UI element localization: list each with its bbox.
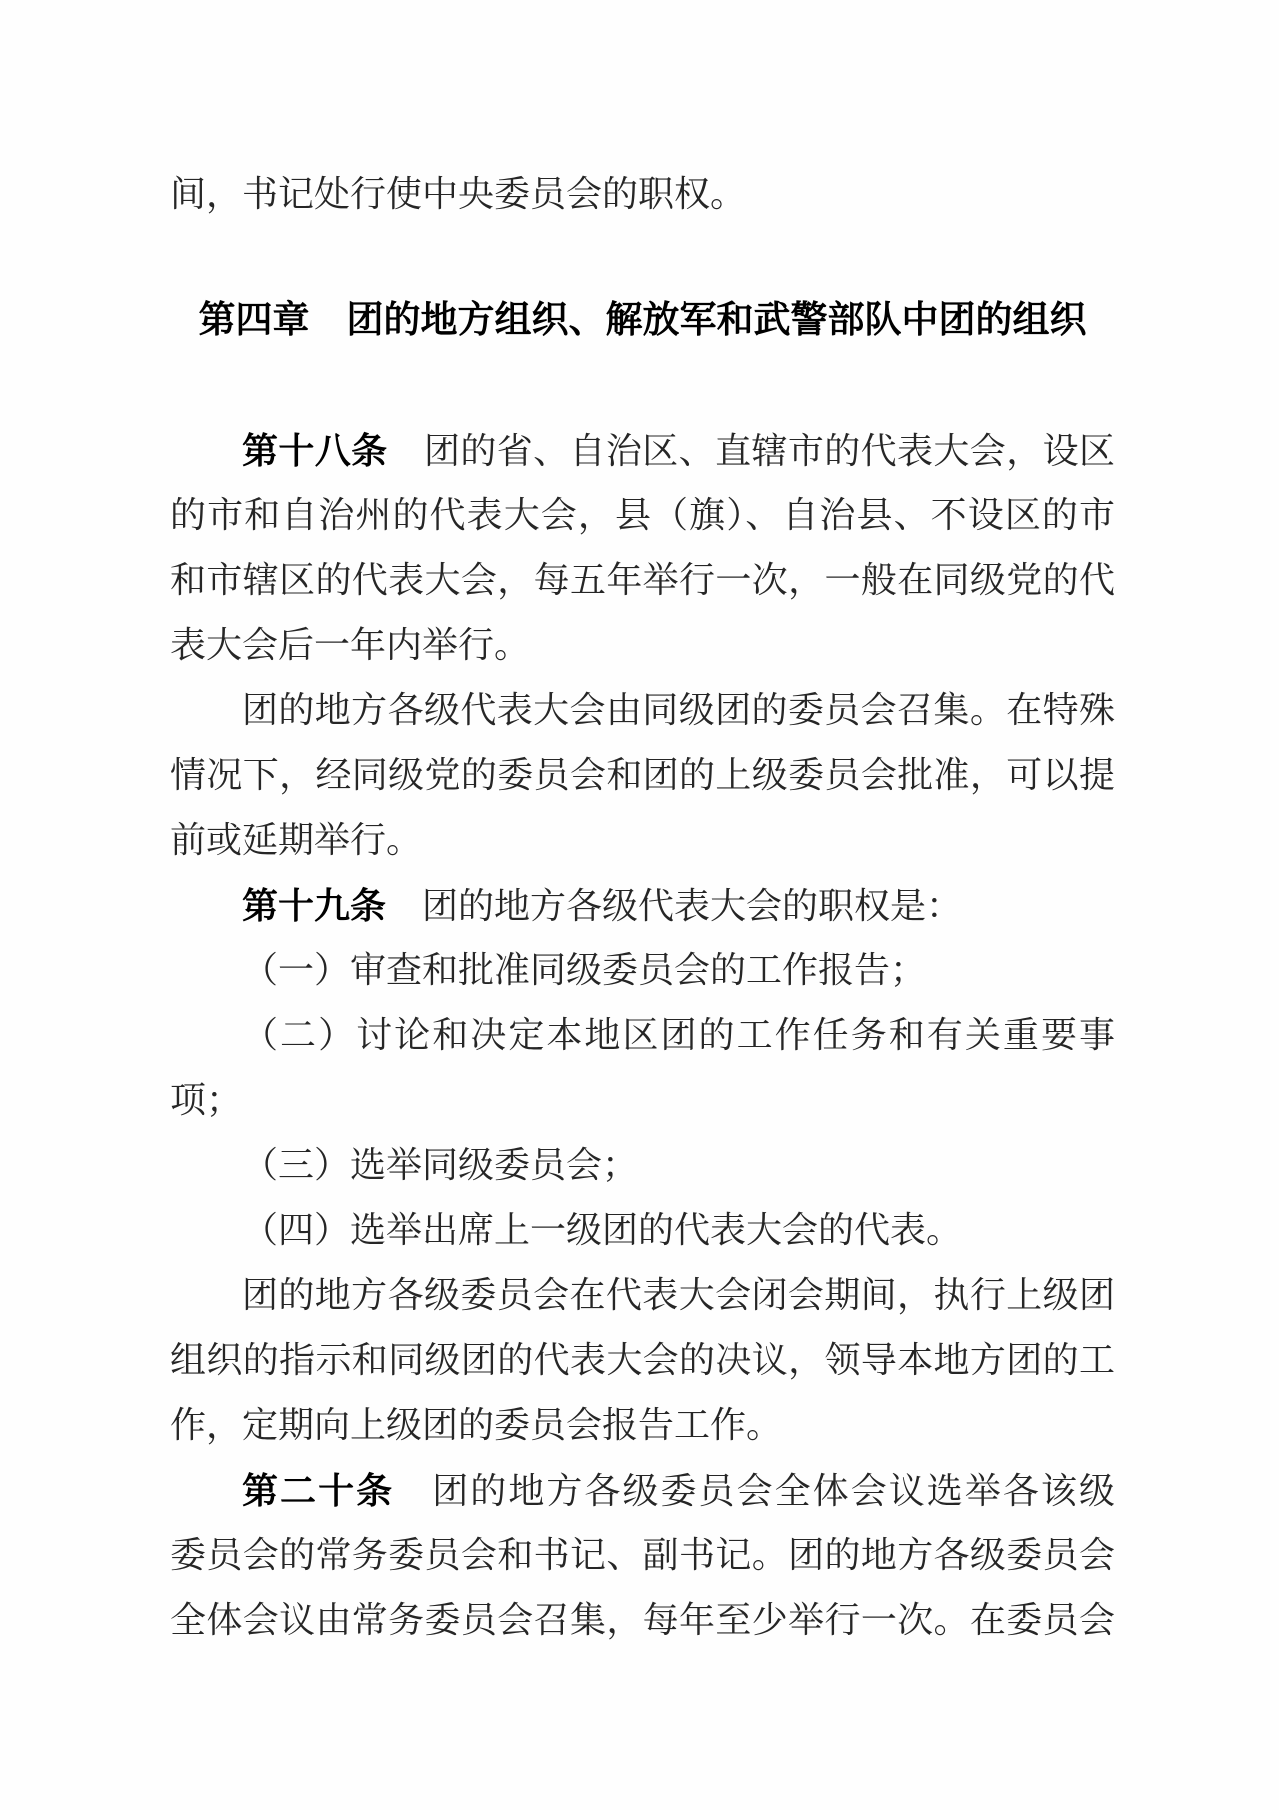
article-20-line-2-text: 委员会的常务委员会和书记、副书记。团的地方各级委员会: [170, 1535, 1115, 1575]
article-18-line-3: 和市辖区的代表大会，每五年举行一次，一般在同级党的代: [170, 548, 1115, 613]
article-19-para-2-line-1: 团的地方各级委员会在代表大会闭会期间，执行上级团: [170, 1263, 1115, 1328]
article-19-para-2-line-2: 组织的指示和同级团的代表大会的决议，领导本地方团的工: [170, 1328, 1115, 1393]
article-19-line-1-text: 团的地方各级代表大会的职权是：: [386, 886, 962, 926]
article-19-para-2-line-1-text: 团的地方各级委员会在代表大会闭会期间，执行上级团: [242, 1275, 1115, 1315]
article-19-item-2-line-2: 项；: [170, 1068, 1115, 1133]
article-18-para-2-line-3: 前或延期举行。: [170, 808, 1115, 873]
document-page: 间，书记处行使中央委员会的职权。 第四章 团的地方组织、解放军和武警部队中团的组…: [0, 0, 1279, 1810]
chapter-heading: 第四章 团的地方组织、解放军和武警部队中团的组织: [170, 287, 1115, 352]
article-19-item-2-line-2-text: 项；: [170, 1080, 242, 1120]
article-18-line-4-text: 表大会后一年内举行。: [170, 625, 530, 665]
continuation-line-text: 间，书记处行使中央委员会的职权。: [170, 174, 746, 214]
article-19-number: 第十九条: [242, 885, 386, 926]
article-18-number: 第十八条: [242, 430, 388, 471]
article-20-line-3-text: 全体会议由常务委员会召集，每年至少举行一次。在委员会: [170, 1600, 1115, 1640]
article-18-line-2: 的市和自治州的代表大会，县（旗）、自治县、不设区的市: [170, 483, 1115, 548]
article-19-para-2-line-3-text: 作，定期向上级团的委员会报告工作。: [170, 1405, 782, 1445]
article-19-item-1-text: （一）审查和批准同级委员会的工作报告；: [242, 950, 926, 990]
document-body: 间，书记处行使中央委员会的职权。 第四章 团的地方组织、解放军和武警部队中团的组…: [0, 0, 1279, 1653]
article-20-line-2: 委员会的常务委员会和书记、副书记。团的地方各级委员会: [170, 1523, 1115, 1588]
article-18-para-2-line-2: 情况下，经同级党的委员会和团的上级委员会批准，可以提: [170, 743, 1115, 808]
article-18-para-2-line-1: 团的地方各级代表大会由同级团的委员会召集。在特殊: [170, 678, 1115, 743]
article-20-number: 第二十条: [242, 1470, 394, 1511]
article-19-item-4: （四）选举出席上一级团的代表大会的代表。: [170, 1198, 1115, 1263]
article-20-line-1: 第二十条 团的地方各级委员会全体会议选举各该级: [170, 1458, 1115, 1523]
article-19-item-2-line-1: （二）讨论和决定本地区团的工作任务和有关重要事: [170, 1003, 1115, 1068]
article-19-para-2-line-3: 作，定期向上级团的委员会报告工作。: [170, 1393, 1115, 1458]
article-18-line-2-text: 的市和自治州的代表大会，县（旗）、自治县、不设区的市: [170, 495, 1115, 535]
article-18-para-2-line-2-text: 情况下，经同级党的委员会和团的上级委员会批准，可以提: [170, 755, 1115, 795]
article-19-item-3: （三）选举同级委员会；: [170, 1133, 1115, 1198]
article-18-line-1: 第十八条 团的省、自治区、直辖市的代表大会，设区: [170, 418, 1115, 483]
article-18-line-4: 表大会后一年内举行。: [170, 613, 1115, 678]
article-18-line-3-text: 和市辖区的代表大会，每五年举行一次，一般在同级党的代: [170, 560, 1115, 600]
article-20-line-3: 全体会议由常务委员会召集，每年至少举行一次。在委员会: [170, 1588, 1115, 1653]
article-18-para-2-line-3-text: 前或延期举行。: [170, 820, 422, 860]
article-18-para-2-line-1-text: 团的地方各级代表大会由同级团的委员会召集。在特殊: [242, 690, 1115, 730]
article-18-line-1-text: 团的省、自治区、直辖市的代表大会，设区: [388, 431, 1115, 471]
article-19-para-2-line-2-text: 组织的指示和同级团的代表大会的决议，领导本地方团的工: [170, 1340, 1115, 1380]
article-19-item-4-text: （四）选举出席上一级团的代表大会的代表。: [242, 1210, 962, 1250]
article-19-line-1: 第十九条 团的地方各级代表大会的职权是：: [170, 873, 1115, 938]
continuation-line: 间，书记处行使中央委员会的职权。: [170, 162, 1115, 227]
article-19-item-2-line-1-text: （二）讨论和决定本地区团的工作任务和有关重要事: [242, 1015, 1115, 1055]
article-20-line-1-text: 团的地方各级委员会全体会议选举各该级: [394, 1471, 1115, 1511]
chapter-heading-text: 第四章 团的地方组织、解放军和武警部队中团的组织: [199, 299, 1087, 340]
article-19-item-1: （一）审查和批准同级委员会的工作报告；: [170, 938, 1115, 1003]
article-19-item-3-text: （三）选举同级委员会；: [242, 1145, 638, 1185]
